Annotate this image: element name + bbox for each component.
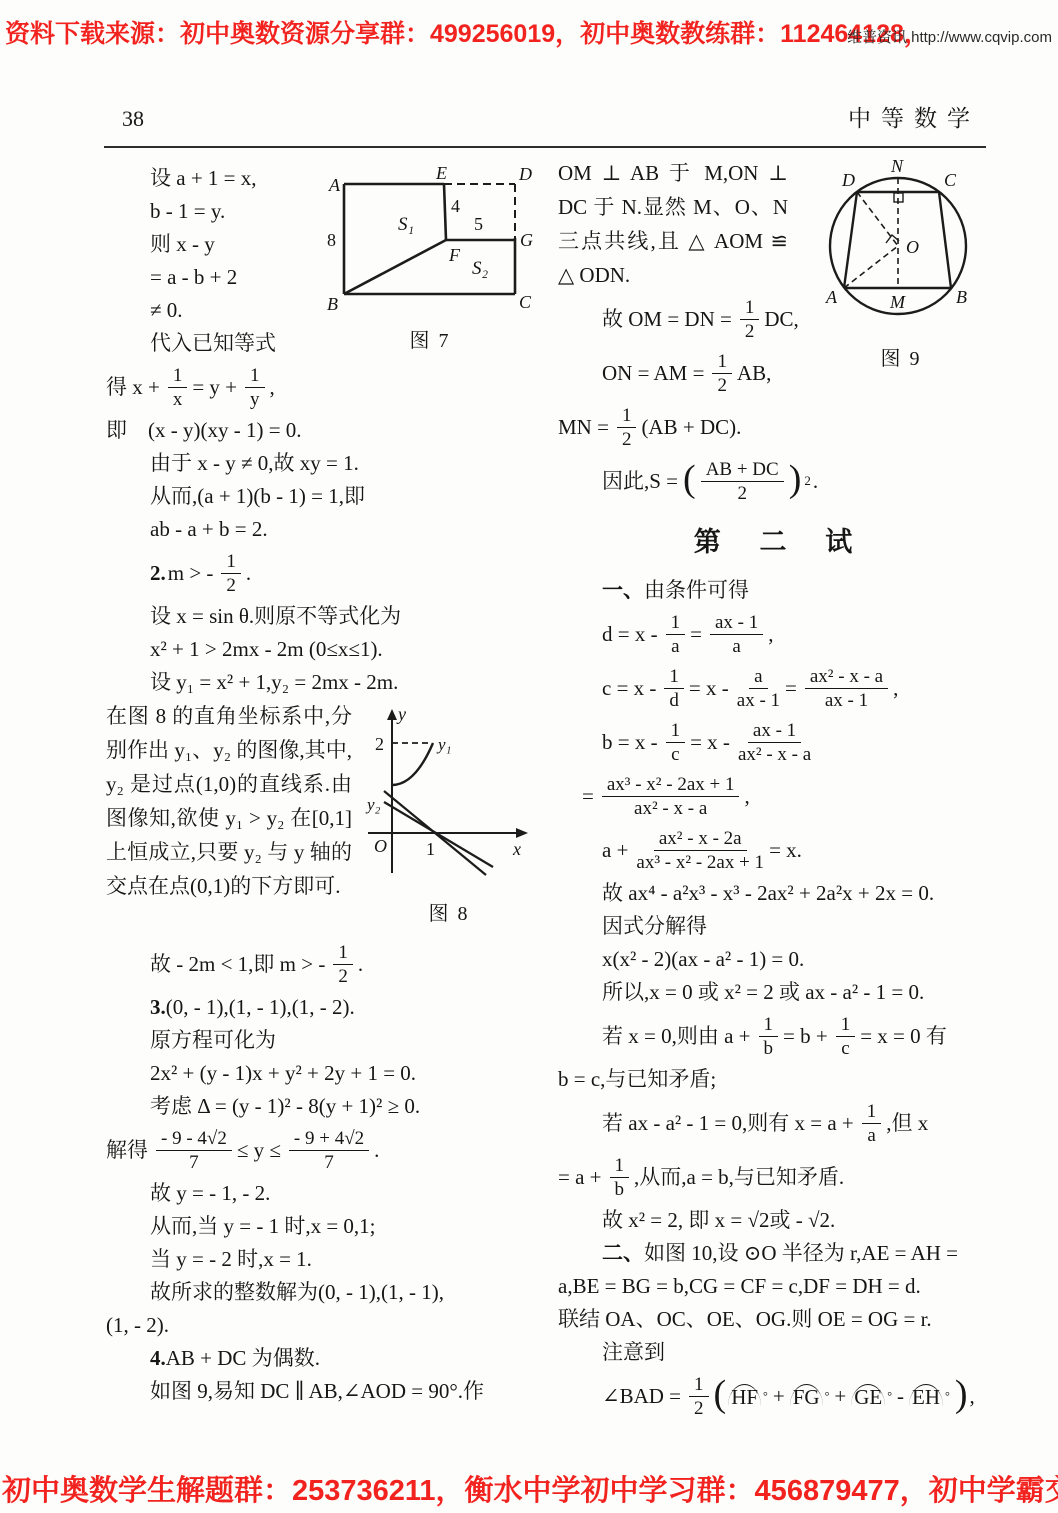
item-number: 二、 bbox=[602, 1241, 644, 1265]
left-column: A E D B C G F S₁ S₂ 8 4 5 图 7 设 a + 1 = … bbox=[106, 162, 536, 1408]
fig8-label-y2: y₂ bbox=[365, 795, 381, 814]
fig9-label-O: O bbox=[906, 237, 919, 257]
denominator: 2 bbox=[745, 320, 755, 342]
big-paren: ) bbox=[789, 460, 802, 498]
denominator: 7 bbox=[189, 1151, 199, 1173]
fig7-label-E: E bbox=[435, 164, 447, 183]
math-part: ON = AM = bbox=[602, 361, 704, 385]
math-part: a + bbox=[602, 838, 628, 862]
math-part: (0, - 1),(1, - 1),(1, - 2). bbox=[166, 995, 355, 1019]
item-number: 2. bbox=[150, 561, 166, 585]
formula-line: MN = 12 (AB + DC). bbox=[558, 400, 1004, 454]
math-part: ∠BAD = bbox=[602, 1384, 681, 1408]
degree-mark: ° bbox=[763, 1384, 768, 1408]
journal-title: 中等数学 bbox=[848, 100, 980, 133]
fraction: AB + DC2 bbox=[701, 459, 784, 504]
right-column: N D C O A B M 图 9 OM ⊥ AB 于 M,ON ⊥ DC 于 … bbox=[558, 156, 1004, 1423]
text-line: 即 (x - y)(xy - 1) = 0. bbox=[106, 414, 536, 447]
text-line: 如图 9,易知 DC ∥ AB,∠AOD = 90°.作 bbox=[106, 1375, 536, 1408]
numerator: - 9 - 4√2 bbox=[156, 1128, 232, 1151]
math-part: c = x - bbox=[602, 676, 656, 700]
fraction: 12 bbox=[712, 351, 732, 396]
text-line: 故 x² = 2, 即 x = √2或 - √2. bbox=[558, 1204, 1004, 1237]
fraction: ax - 1ax² - x - a bbox=[738, 720, 811, 765]
fig7-label-S1: S₁ bbox=[398, 214, 414, 235]
fig7-label-8: 8 bbox=[327, 230, 336, 250]
paragraph-text: 在图 8 的直角坐标系中,分别作出 y₁、y₂ 的图像,其中, y₂ 是过点(1… bbox=[106, 704, 352, 898]
text-line: 从而,当 y = - 1 时,x = 0,1; bbox=[106, 1210, 536, 1243]
math-part: . bbox=[374, 1138, 379, 1162]
denominator: b bbox=[764, 1037, 774, 1059]
math-part: = x = 0 有 bbox=[860, 1024, 947, 1048]
fraction: aax - 1 bbox=[737, 666, 780, 711]
numerator: 1 bbox=[689, 1374, 709, 1397]
math-part: = y + bbox=[192, 375, 237, 399]
numerator: 1 bbox=[221, 551, 241, 574]
formula-line: ∠BAD = 12 ( HF° + FG° + GE° - EH° ) , bbox=[558, 1369, 1004, 1423]
fig9-label-A: A bbox=[825, 287, 838, 307]
header-rule bbox=[104, 146, 986, 148]
math-part: = bbox=[690, 622, 702, 646]
formula-line: c = x - 1d = x - aax - 1 = ax² - x - aax… bbox=[558, 661, 1004, 715]
denominator: c bbox=[671, 743, 679, 765]
denominator: ax - 1 bbox=[825, 689, 868, 711]
superscript: 2 bbox=[804, 469, 811, 493]
fig7-label-4: 4 bbox=[451, 196, 460, 216]
formula-line: d = x - 1a = ax - 1a , bbox=[558, 607, 1004, 661]
text-line: 联结 OA、OC、OE、OG.则 OE = OG = r. bbox=[558, 1303, 1004, 1336]
numerator: 1 bbox=[759, 1014, 779, 1037]
math-part: = bbox=[785, 676, 797, 700]
text-line: b = c,与已知矛盾; bbox=[558, 1063, 1004, 1096]
denominator: c bbox=[841, 1037, 849, 1059]
denominator: 2 bbox=[717, 374, 727, 396]
item-number: 一、 bbox=[602, 578, 644, 602]
math-part: d = x - bbox=[602, 622, 658, 646]
numerator: ax³ - x² - 2ax + 1 bbox=[602, 774, 740, 797]
figure-8-caption: 图 8 bbox=[362, 897, 536, 931]
numerator: 1 bbox=[610, 1155, 630, 1178]
math-part: = b + bbox=[783, 1024, 828, 1048]
numerator: 1 bbox=[836, 1014, 856, 1037]
x-axis-arrow bbox=[516, 828, 528, 838]
text-line: 故所求的整数解为(0, - 1),(1, - 1), bbox=[106, 1276, 536, 1309]
numerator: 1 bbox=[666, 720, 686, 743]
fraction: 1b bbox=[759, 1014, 779, 1059]
fig8-tick-2: 2 bbox=[375, 734, 384, 754]
fraction: 1a bbox=[666, 612, 686, 657]
denominator: ax² - x - a bbox=[738, 743, 811, 765]
denominator: 7 bbox=[324, 1151, 334, 1173]
math-part: DC, bbox=[764, 307, 798, 331]
numerator: AB + DC bbox=[701, 459, 784, 482]
denominator: x bbox=[173, 388, 183, 410]
formula-line: ON = AM = 12 AB, bbox=[558, 346, 788, 400]
numerator: ax² - x - a bbox=[805, 666, 888, 689]
figure-7-caption: 图 7 bbox=[324, 324, 536, 353]
text-line: 2x² + (y - 1)x + y² + 2y + 1 = 0. bbox=[106, 1057, 536, 1090]
arc-EH: EH bbox=[909, 1384, 943, 1408]
fraction: 1c bbox=[666, 720, 686, 765]
numerator: 1 bbox=[245, 365, 265, 388]
numerator: 1 bbox=[740, 297, 760, 320]
numerator: ax - 1 bbox=[748, 720, 801, 743]
text-part: 由条件可得 bbox=[644, 578, 749, 602]
fraction: ax² - x - aax - 1 bbox=[805, 666, 888, 711]
fraction: 12 bbox=[617, 405, 637, 450]
arc-FG: FG bbox=[790, 1384, 823, 1408]
degree-mark: ° bbox=[825, 1384, 830, 1408]
math-part: MN = bbox=[558, 415, 609, 439]
fig7-diagram: A E D B C G F S₁ S₂ 8 4 5 bbox=[324, 164, 536, 314]
y-axis-arrow bbox=[387, 709, 397, 720]
denominator: ax³ - x² - 2ax + 1 bbox=[636, 851, 764, 873]
fig7-label-S2: S₂ bbox=[472, 258, 489, 279]
text-line: 3.(0, - 1),(1, - 1),(1, - 2). bbox=[106, 991, 536, 1024]
cqvip-watermark: 维普资讯 http://www.cqvip.com bbox=[847, 26, 1052, 47]
paragraph-text: OM ⊥ AB 于 M,ON ⊥ DC 于 N.显然 M、O、N 三点共线,且 … bbox=[558, 161, 788, 287]
numerator: - 9 + 4√2 bbox=[289, 1128, 369, 1151]
math-part: 因此,S = bbox=[602, 469, 678, 493]
text-line: 注意到 bbox=[558, 1336, 1004, 1369]
denominator: 2 bbox=[622, 428, 632, 450]
text-line: 从而,(a + 1)(b - 1) = 1,即 bbox=[106, 480, 536, 513]
fraction: 12 bbox=[689, 1374, 709, 1419]
arc-GE: GE bbox=[851, 1384, 885, 1408]
math-part: ≤ y ≤ bbox=[237, 1138, 281, 1162]
denominator: b bbox=[615, 1178, 625, 1200]
math-part: - bbox=[897, 1384, 904, 1408]
fraction: - 9 + 4√27 bbox=[289, 1128, 369, 1173]
math-part: 解得 bbox=[106, 1138, 148, 1162]
fig8-label-y: y bbox=[396, 705, 406, 724]
fig8-label-x: x bbox=[512, 839, 521, 859]
math-part: = x - bbox=[690, 730, 730, 754]
math-part: m > - bbox=[168, 561, 214, 585]
fraction: 1c bbox=[836, 1014, 856, 1059]
fig8-plot: y x O 2 1 y₁ y₂ bbox=[362, 705, 534, 883]
fig7-label-A: A bbox=[328, 175, 341, 195]
math-part: b = x - bbox=[602, 730, 658, 754]
text-line: ab - a + b = 2. bbox=[106, 513, 536, 546]
arc-HF: HF bbox=[728, 1384, 761, 1408]
fig7-label-F: F bbox=[448, 245, 461, 265]
fraction: 1x bbox=[168, 365, 188, 410]
math-part: 若 ax - a² - 1 = 0,则有 x = a + bbox=[602, 1111, 854, 1135]
fig9-label-D: D bbox=[841, 170, 855, 190]
fraction: 12 bbox=[740, 297, 760, 342]
fraction: 1d bbox=[664, 666, 684, 711]
numerator: 1 bbox=[666, 612, 686, 635]
fig9-label-N: N bbox=[890, 158, 904, 176]
formula-line: a + ax² - x - 2aax³ - x² - 2ax + 1 = x. bbox=[558, 823, 1004, 877]
paragraph-with-figure-9: N D C O A B M 图 9 OM ⊥ AB 于 M,ON ⊥ DC 于 … bbox=[558, 156, 1004, 292]
math-part: = bbox=[582, 784, 594, 808]
formula-line: 得 x + 1x = y + 1y , bbox=[106, 360, 536, 414]
page-number: 38 bbox=[122, 106, 144, 132]
math-part: 故 OM = DN = bbox=[602, 307, 732, 331]
fraction: 1y bbox=[245, 365, 265, 410]
math-part: (AB + DC). bbox=[641, 415, 741, 439]
figure-9: N D C O A B M 图 9 bbox=[798, 158, 1004, 376]
text-part: 如图 10,设 ⊙O 半径为 r,AE = AH = bbox=[644, 1241, 958, 1265]
fraction: 1b bbox=[610, 1155, 630, 1200]
formula-line: b = x - 1c = x - ax - 1ax² - x - a bbox=[558, 715, 1004, 769]
math-part: , bbox=[970, 1384, 975, 1408]
fraction: - 9 - 4√27 bbox=[156, 1128, 232, 1173]
fig7-label-D: D bbox=[518, 164, 532, 184]
math-part: , bbox=[744, 784, 749, 808]
numerator: 1 bbox=[712, 351, 732, 374]
formula-line: 故 OM = DN = 12 DC, bbox=[558, 292, 788, 346]
math-part: + bbox=[834, 1384, 846, 1408]
denominator: 2 bbox=[338, 965, 348, 987]
fig7-label-B: B bbox=[327, 294, 338, 314]
fig9-label-C: C bbox=[944, 170, 957, 190]
numerator: ax² - x - 2a bbox=[654, 828, 747, 851]
math-part: AB + DC 为偶数. bbox=[166, 1346, 320, 1370]
text-line: 故 ax⁴ - a²x³ - x³ - 2ax² + 2a²x + 2x = 0… bbox=[558, 877, 1004, 910]
fraction: ax - 1a bbox=[710, 612, 763, 657]
big-paren: ( bbox=[714, 1375, 727, 1413]
math-part: = a + bbox=[558, 1165, 602, 1189]
numerator: 1 bbox=[168, 365, 188, 388]
text-line: 设 y₁ = x² + 1,y₂ = 2mx - 2m. bbox=[106, 666, 536, 699]
math-part: = x - bbox=[689, 676, 729, 700]
text-line: a,BE = BG = b,CG = CF = c,DF = DH = d. bbox=[558, 1270, 1004, 1303]
math-part: , bbox=[768, 622, 773, 646]
denominator: a bbox=[671, 635, 679, 657]
denominator: 2 bbox=[226, 574, 236, 596]
big-paren: ) bbox=[955, 1375, 968, 1413]
fraction: 12 bbox=[221, 551, 241, 596]
denominator: a bbox=[867, 1124, 875, 1146]
math-part: ,从而,a = b,与已知矛盾. bbox=[634, 1165, 844, 1189]
text-line: 因式分解得 bbox=[558, 910, 1004, 943]
math-part: 故 - 2m < 1,即 m > - bbox=[150, 952, 325, 976]
formula-line: 因此,S = ( AB + DC2 ) 2 . bbox=[558, 454, 1004, 508]
text-line: 由于 x - y ≠ 0,故 xy = 1. bbox=[106, 447, 536, 480]
degree-mark: ° bbox=[945, 1384, 950, 1408]
text-line: (1, - 2). bbox=[106, 1309, 536, 1342]
right-angle-mark-O bbox=[886, 235, 899, 243]
denominator: y bbox=[250, 388, 260, 410]
math-part: 得 x + bbox=[106, 375, 160, 399]
bottom-red-banner: 初中奥数学生解题群：253736211，衡水中学初中学习群：456879477，… bbox=[2, 1468, 1058, 1509]
numerator: 1 bbox=[617, 405, 637, 428]
degree-mark: ° bbox=[887, 1384, 892, 1408]
denominator: 2 bbox=[694, 1397, 704, 1419]
figure-8: y x O 2 1 y₁ y₂ 图 8 bbox=[362, 705, 536, 931]
fraction: ax³ - x² - 2ax + 1ax² - x - a bbox=[602, 774, 740, 819]
fig7-label-5: 5 bbox=[474, 214, 483, 234]
text-line: 当 y = - 2 时,x = 1. bbox=[106, 1243, 536, 1276]
fig7-label-G: G bbox=[520, 230, 533, 250]
fraction: 1a bbox=[862, 1101, 882, 1146]
math-part: + bbox=[773, 1384, 785, 1408]
fig8-tick-1: 1 bbox=[426, 839, 435, 859]
text-line: 故 y = - 1, - 2. bbox=[106, 1177, 536, 1210]
math-part: = x. bbox=[769, 838, 802, 862]
top-red-banner: 资料下载来源：初中奥数资源分享群：499256019，初中奥数教练群：11246… bbox=[5, 14, 929, 50]
formula-line: 2. m > - 12 . bbox=[106, 546, 536, 600]
math-part: 若 x = 0,则由 a + bbox=[602, 1024, 751, 1048]
math-part: , bbox=[270, 375, 275, 399]
fig8-label-y1: y₁ bbox=[436, 735, 451, 754]
figure-7: A E D B C G F S₁ S₂ 8 4 5 图 7 bbox=[324, 164, 536, 353]
fraction: 12 bbox=[333, 942, 353, 987]
math-part: AB, bbox=[737, 361, 771, 385]
fig7-label-C: C bbox=[519, 292, 532, 312]
text-line: 4.AB + DC 为偶数. bbox=[106, 1342, 536, 1375]
formula-line: 若 ax - a² - 1 = 0,则有 x = a + 1a ,但 x bbox=[558, 1096, 1004, 1150]
formula-line: 若 x = 0,则由 a + 1b = b + 1c = x = 0 有 bbox=[558, 1009, 1004, 1063]
math-part: . bbox=[246, 561, 251, 585]
text-line: 二、如图 10,设 ⊙O 半径为 r,AE = AH = bbox=[558, 1237, 1004, 1270]
text-line: 考虑 Δ = (y - 1)² - 8(y + 1)² ≥ 0. bbox=[106, 1090, 536, 1123]
math-part: . bbox=[813, 469, 818, 493]
text-line: 原方程可化为 bbox=[106, 1024, 536, 1057]
denominator: a bbox=[732, 635, 740, 657]
math-part: . bbox=[358, 952, 363, 976]
text-line: x(x² - 2)(ax - a² - 1) = 0. bbox=[558, 943, 1004, 976]
denominator: d bbox=[669, 689, 679, 711]
text-line: 所以,x = 0 或 x² = 2 或 ax - a² - 1 = 0. bbox=[558, 976, 1004, 1009]
fig9-label-M: M bbox=[889, 292, 906, 312]
text-line: 设 x = sin θ.则原不等式化为 bbox=[106, 600, 536, 633]
formula-line: = ax³ - x² - 2ax + 1ax² - x - a , bbox=[558, 769, 1004, 823]
math-part: ,但 x bbox=[886, 1111, 928, 1135]
item-number: 4. bbox=[150, 1346, 166, 1370]
text-line: x² + 1 > 2mx - 2m (0≤x≤1). bbox=[106, 633, 536, 666]
fig8-label-O: O bbox=[374, 836, 387, 856]
numerator: 1 bbox=[664, 666, 684, 689]
numerator: a bbox=[749, 666, 767, 689]
paragraph-with-figure-8: y x O 2 1 y₁ y₂ 图 8 在图 8 的直角坐标系中,分别作出 y₁… bbox=[106, 699, 536, 937]
fig9-diagram: N D C O A B M bbox=[798, 158, 1004, 328]
fraction: ax² - x - 2aax³ - x² - 2ax + 1 bbox=[636, 828, 764, 873]
numerator: 1 bbox=[862, 1101, 882, 1124]
denominator: ax² - x - a bbox=[634, 797, 707, 819]
formula-line: = a + 1b ,从而,a = b,与已知矛盾. bbox=[558, 1150, 1004, 1204]
numerator: 1 bbox=[333, 942, 353, 965]
scanned-journal-page: 资料下载来源：初中奥数资源分享群：499256019，初中奥数教练群：11246… bbox=[0, 0, 1058, 1513]
numerator: ax - 1 bbox=[710, 612, 763, 635]
math-part: , bbox=[893, 676, 898, 700]
text-line: 一、由条件可得 bbox=[558, 574, 1004, 607]
formula-line: 解得 - 9 - 4√27 ≤ y ≤ - 9 + 4√27 . bbox=[106, 1123, 536, 1177]
fig9-label-B: B bbox=[956, 287, 967, 307]
figure-9-caption: 图 9 bbox=[798, 342, 1004, 376]
denominator: 2 bbox=[737, 482, 747, 504]
item-number: 3. bbox=[150, 995, 166, 1019]
section-heading: 第 二 试 bbox=[558, 522, 1004, 562]
denominator: ax - 1 bbox=[737, 689, 780, 711]
big-paren: ( bbox=[683, 460, 696, 498]
formula-line: 故 - 2m < 1,即 m > - 12 . bbox=[106, 937, 536, 991]
